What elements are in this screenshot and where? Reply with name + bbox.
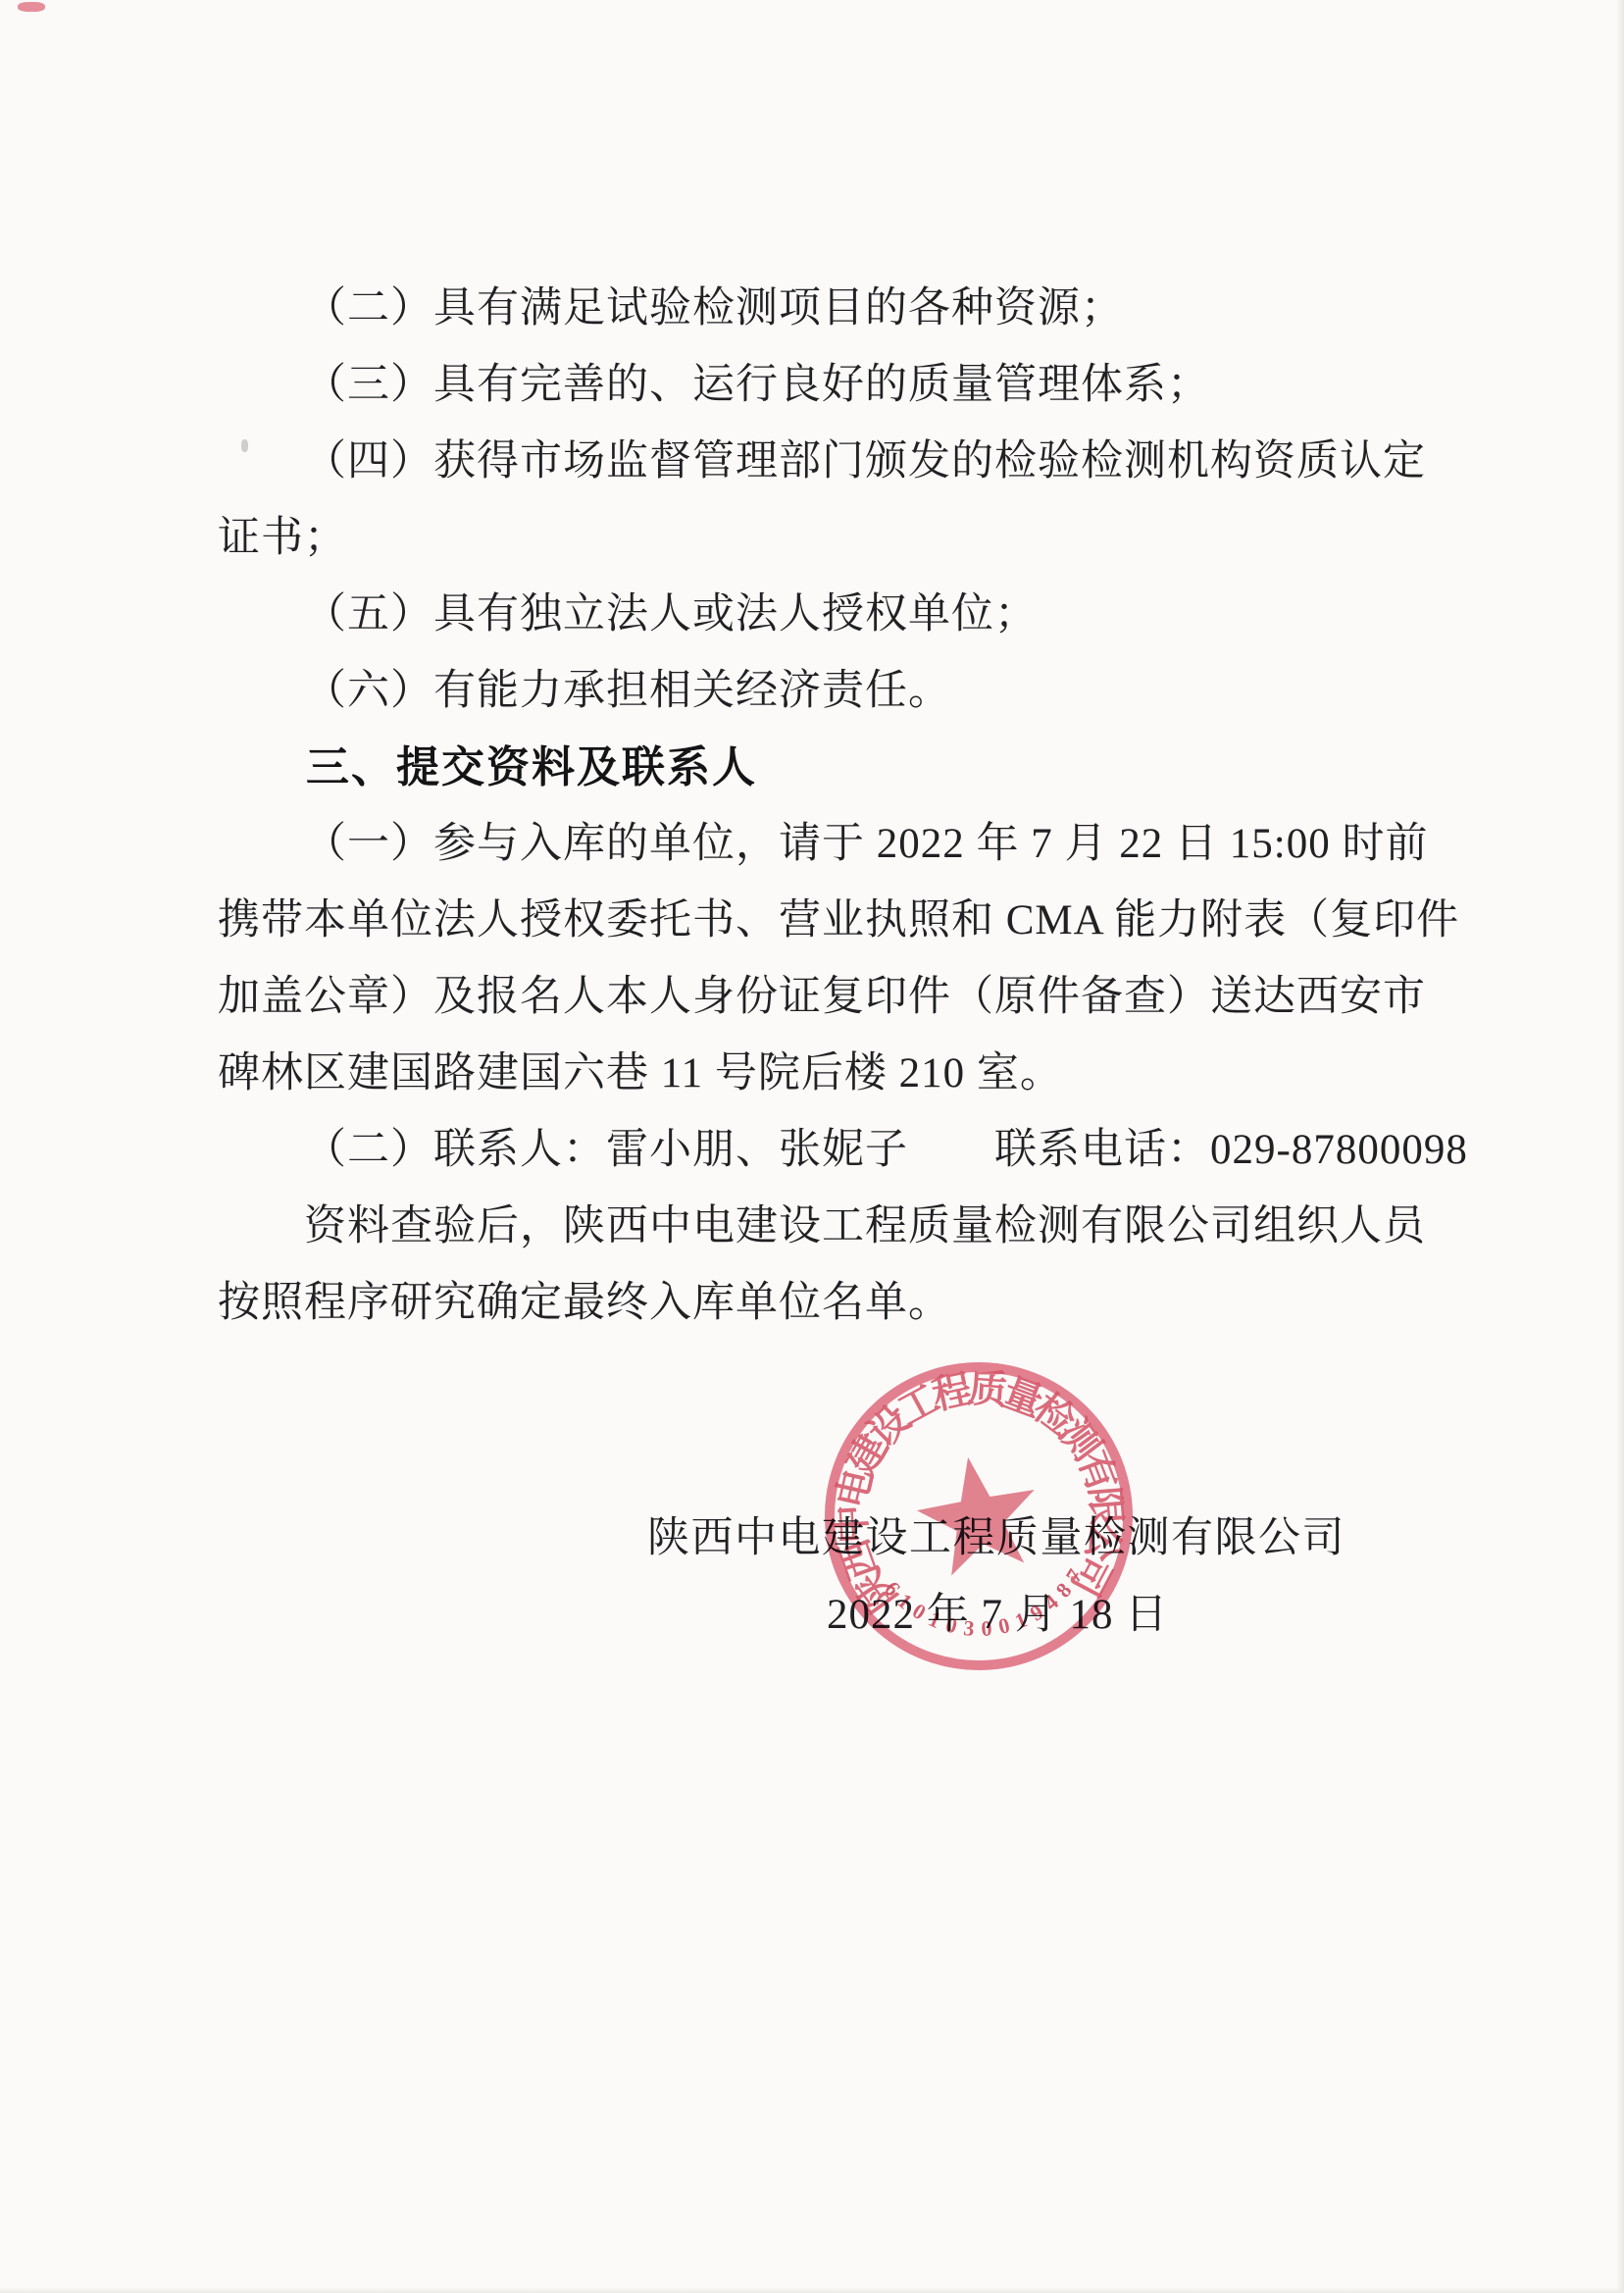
section-heading: 三、提交资料及联系人 bbox=[218, 730, 1463, 806]
body-line: （一）参与入库的单位，请于 2022 年 7 月 22 日 15:00 时前 bbox=[218, 806, 1463, 883]
scan-speck bbox=[241, 439, 248, 452]
svg-text:0: 0 bbox=[981, 1615, 993, 1641]
scanned-document-page: { "doc": { "lines": [ { "text": "（二）具有满足… bbox=[0, 0, 1624, 2293]
body-line: 碑林区建国路建国六巷 11 号院后楼 210 室。 bbox=[218, 1036, 1463, 1112]
scan-edge-shadow-bottom bbox=[0, 2287, 1624, 2293]
document-body: （二）具有满足试验检测项目的各种资源；（三）具有完善的、运行良好的质量管理体系；… bbox=[218, 271, 1463, 1342]
scan-speck bbox=[18, 2, 45, 12]
svg-text:1: 1 bbox=[925, 1606, 944, 1633]
svg-text:0: 0 bbox=[943, 1612, 960, 1639]
scan-speck bbox=[677, 1212, 682, 1217]
scan-edge-shadow-right bbox=[1616, 0, 1624, 2293]
seal-star-icon bbox=[913, 1452, 1040, 1577]
seal-serial-number: 6101030019487 bbox=[879, 1563, 1091, 1648]
seal-group: 陕西中电建设工程质量检测有限公司 6101030019487 bbox=[820, 1355, 1139, 1675]
body-line: 资料查验后，陕西中电建设工程质量检测有限公司组织人员 bbox=[218, 1189, 1463, 1265]
svg-text:0: 0 bbox=[996, 1612, 1012, 1639]
body-line: 加盖公章）及报名人本人身份证复印件（原件备查）送达西安市 bbox=[218, 959, 1463, 1036]
svg-text:0: 0 bbox=[908, 1599, 931, 1625]
company-seal-stamp: 陕西中电建设工程质量检测有限公司 6101030019487 bbox=[810, 1348, 1147, 1685]
body-line: （四）获得市场监督管理部门颁发的检验检测机构资质认定 bbox=[218, 424, 1463, 500]
body-line: 按照程序研究确定最终入库单位名单。 bbox=[218, 1265, 1463, 1342]
body-line: 证书； bbox=[218, 500, 1463, 577]
body-line: （六）有能力承担相关经济责任。 bbox=[218, 653, 1463, 730]
body-line: 携带本单位法人授权委托书、营业执照和 CMA 能力附表（复印件 bbox=[218, 883, 1463, 959]
body-line: （五）具有独立法人或法人授权单位； bbox=[218, 577, 1463, 653]
svg-text:3: 3 bbox=[962, 1615, 975, 1641]
svg-text:1: 1 bbox=[1011, 1606, 1031, 1633]
body-line: （二）具有满足试验检测项目的各种资源； bbox=[218, 271, 1463, 347]
body-line: （二）联系人：雷小朋、张妮子 联系电话：029-87800098 bbox=[218, 1112, 1463, 1189]
body-line: （三）具有完善的、运行良好的质量管理体系； bbox=[218, 347, 1463, 424]
